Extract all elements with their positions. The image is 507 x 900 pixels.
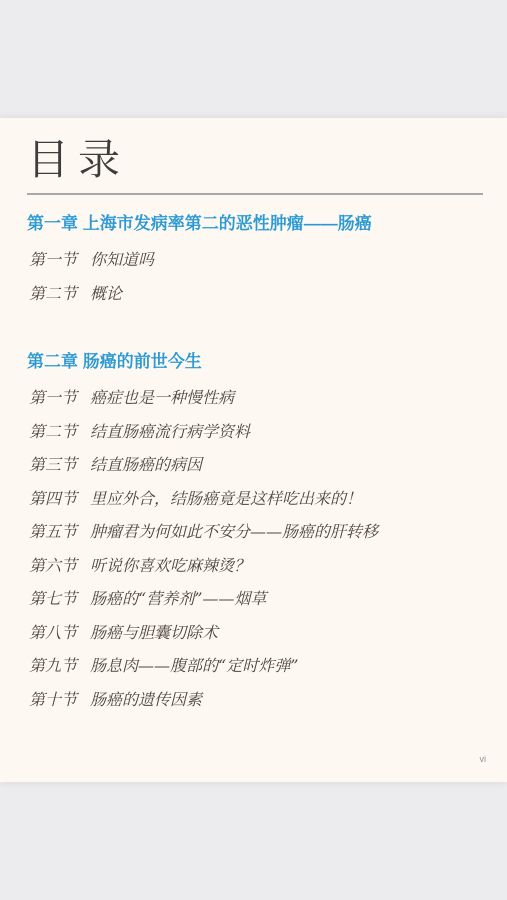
- section-label: 第二节: [29, 422, 77, 441]
- section-title: 肠息肉——腹部的“定时炸弹”: [90, 656, 298, 675]
- reader-background: { "toc": { "title": "目录", "page_number":…: [0, 0, 507, 900]
- section-title: 肠癌的遗传因素: [90, 690, 202, 709]
- section-title: 肿瘤君为何如此不安分——肠癌的肝转移: [90, 522, 378, 541]
- toc-entry[interactable]: 第四节里应外合，结肠癌竟是这样吃出来的！: [29, 482, 483, 516]
- section-label: 第三节: [29, 455, 77, 474]
- toc-entry[interactable]: 第三节结直肠癌的病因: [29, 448, 483, 482]
- section-title: 你知道吗: [90, 250, 154, 269]
- page-number: vi: [480, 754, 487, 764]
- section-label: 第五节: [29, 522, 77, 541]
- section-label: 第七节: [29, 589, 77, 608]
- chapter-2-sections: 第一节癌症也是一种慢性病 第二节结直肠癌流行病学资料 第三节结直肠癌的病因 第四…: [27, 381, 483, 716]
- section-title: 听说你喜欢吃麻辣烫？: [90, 556, 250, 575]
- title-divider: [27, 193, 483, 195]
- toc-entry[interactable]: 第九节肠息肉——腹部的“定时炸弹”: [29, 649, 483, 683]
- section-label: 第一节: [29, 388, 77, 407]
- section-label: 第十节: [29, 690, 77, 709]
- section-label: 第六节: [29, 556, 77, 575]
- section-label: 第二节: [29, 284, 77, 303]
- toc-page-title: 目录: [27, 138, 483, 182]
- section-label: 第一节: [29, 250, 77, 269]
- toc-entry[interactable]: 第六节听说你喜欢吃麻辣烫？: [29, 549, 483, 583]
- chapter-2-block: 第二章 肠癌的前世今生 第一节癌症也是一种慢性病 第二节结直肠癌流行病学资料 第…: [27, 350, 483, 716]
- section-label: 第四节: [29, 489, 77, 508]
- toc-entry[interactable]: 第五节肿瘤君为何如此不安分——肠癌的肝转移: [29, 515, 483, 549]
- toc-entry[interactable]: 第十节肠癌的遗传因素: [29, 683, 483, 717]
- section-title: 概论: [90, 284, 122, 303]
- section-title: 肠癌与胆囊切除术: [90, 623, 218, 642]
- toc-page: 目录 第一章 上海市发病率第二的恶性肿瘤——肠癌 第一节你知道吗 第二节概论 第…: [0, 118, 507, 782]
- section-title: 里应外合，结肠癌竟是这样吃出来的！: [90, 489, 362, 508]
- toc-entry[interactable]: 第一节你知道吗: [29, 243, 483, 277]
- chapter-2-heading[interactable]: 第二章 肠癌的前世今生: [27, 350, 483, 373]
- chapter-1-heading[interactable]: 第一章 上海市发病率第二的恶性肿瘤——肠癌: [27, 212, 483, 235]
- chapter-1-block: 第一章 上海市发病率第二的恶性肿瘤——肠癌 第一节你知道吗 第二节概论: [27, 212, 483, 310]
- section-title: 癌症也是一种慢性病: [90, 388, 234, 407]
- chapter-1-sections: 第一节你知道吗 第二节概论: [27, 243, 483, 310]
- toc-entry[interactable]: 第二节结直肠癌流行病学资料: [29, 415, 483, 449]
- section-title: 结直肠癌流行病学资料: [90, 422, 250, 441]
- section-label: 第九节: [29, 656, 77, 675]
- toc-entry[interactable]: 第二节概论: [29, 277, 483, 311]
- toc-entry[interactable]: 第一节癌症也是一种慢性病: [29, 381, 483, 415]
- toc-entry[interactable]: 第八节肠癌与胆囊切除术: [29, 616, 483, 650]
- section-title: 结直肠癌的病因: [90, 455, 202, 474]
- section-title: 肠癌的“营养剂”——烟草: [90, 589, 266, 608]
- toc-entry[interactable]: 第七节肠癌的“营养剂”——烟草: [29, 582, 483, 616]
- section-label: 第八节: [29, 623, 77, 642]
